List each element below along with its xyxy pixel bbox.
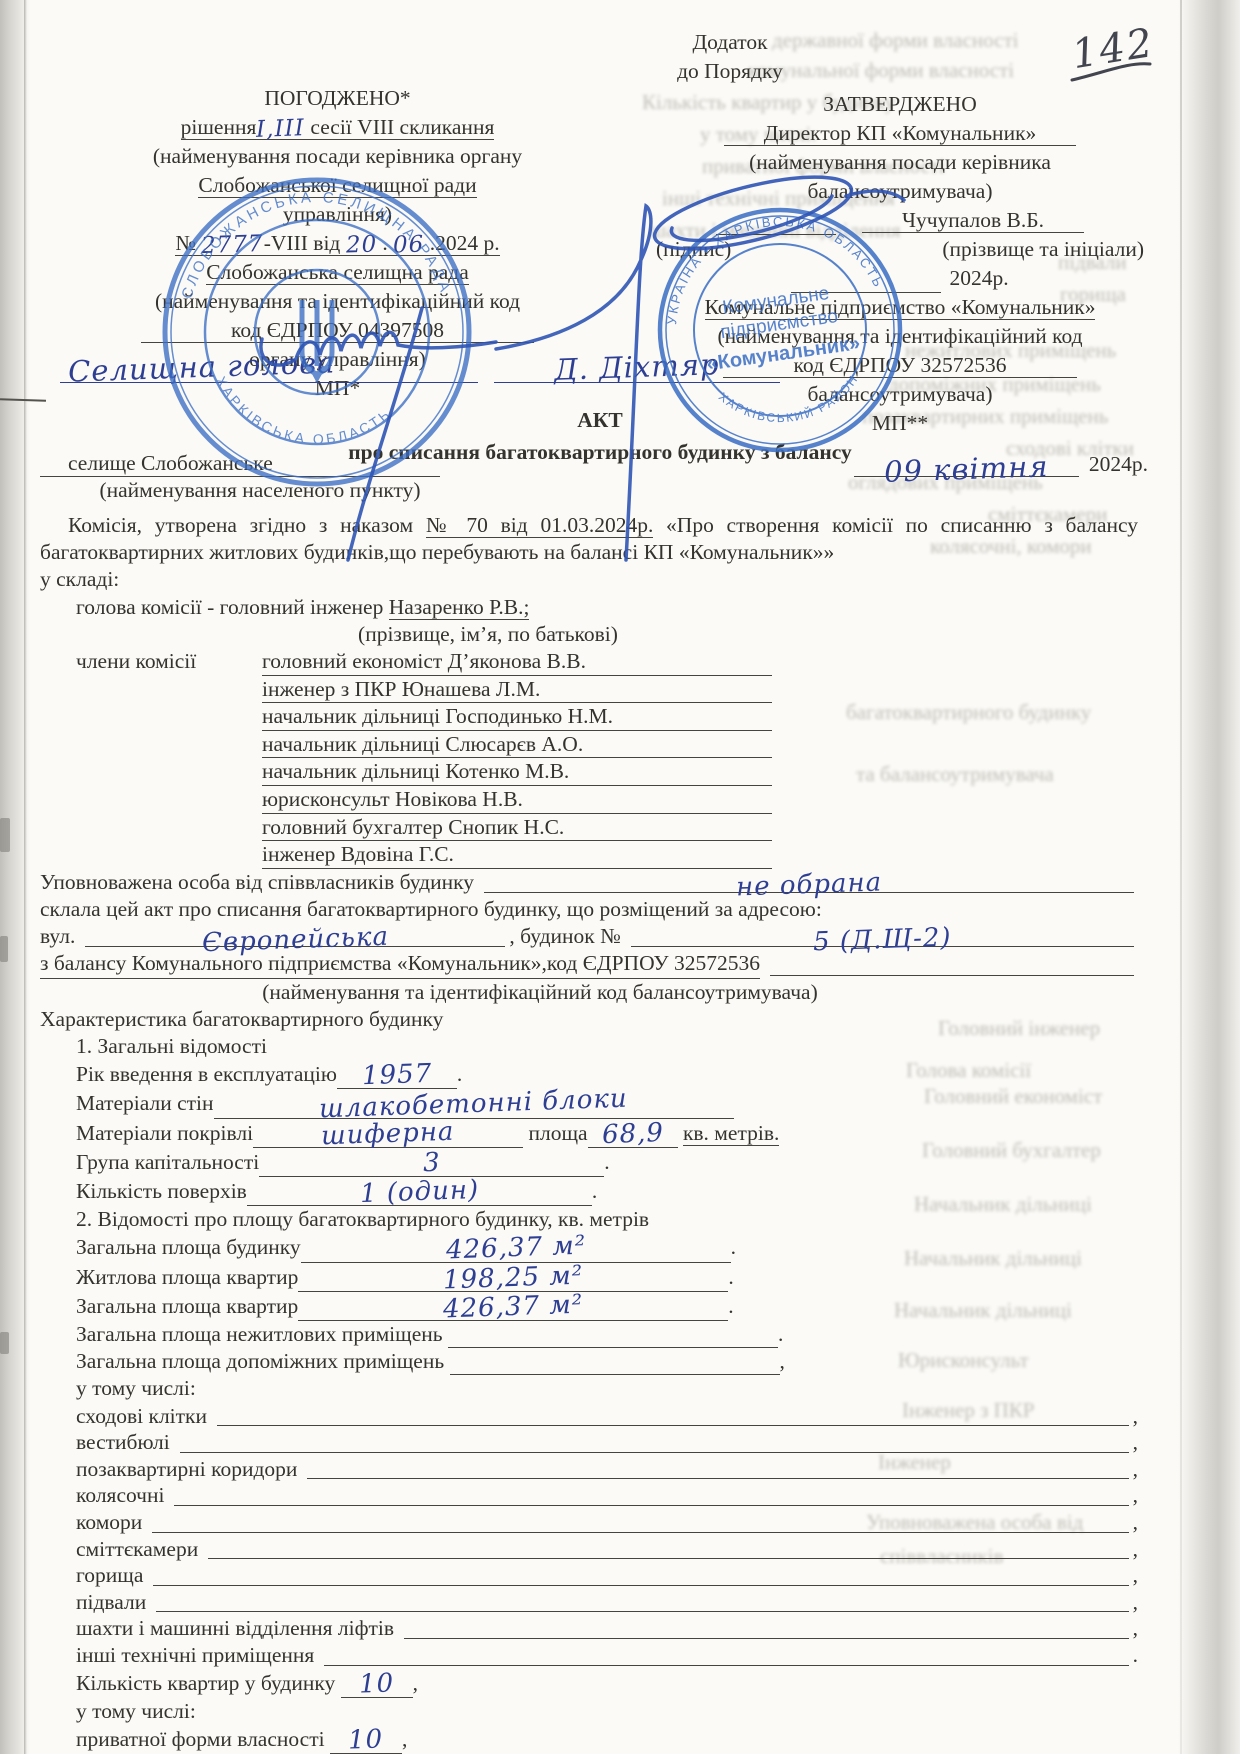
line-terminator: ,: [1133, 1429, 1138, 1456]
year-built-underline: 1957: [337, 1060, 457, 1089]
year-label: .2024 р.: [430, 231, 500, 255]
director-line: Директор КП «Комунальник»: [626, 119, 1174, 148]
edrpou-left-underlined: код ЄДРПОУ 04397508: [141, 318, 534, 343]
commission-paragraph: Комісія, утворена згідно з наказом № 70 …: [40, 512, 1138, 566]
capital-group-label: Група капітальності: [76, 1150, 259, 1174]
day-handwritten: 20: [345, 230, 377, 260]
blank-underline: [208, 1537, 1128, 1560]
scan-smudge: [0, 818, 10, 852]
nonresidential-label: Загальна площа нежитлових приміщень: [76, 1322, 443, 1346]
total-area-label: Загальна площа будинку: [76, 1235, 301, 1259]
blank-line-label: шахти і машинні відділення ліфтів: [76, 1615, 394, 1642]
annex-block: Додаток до Порядку: [598, 28, 862, 86]
blank-underline: [217, 1404, 1129, 1427]
apartments-area-underline: 426,37 м²: [298, 1292, 728, 1321]
commission-members: члени комісії головний економіст Д’яконо…: [40, 648, 1138, 869]
auxiliary-item-line: вестибюлі,: [76, 1429, 1138, 1456]
authorized-label: Уповноважена особа від співвласників буд…: [40, 869, 474, 896]
position-underline: Селищна голова: [60, 348, 478, 383]
apartments-count-label: Кількість квартир у будинку: [76, 1671, 335, 1695]
section1-title: 1. Загальні відомості: [40, 1033, 1138, 1060]
street-label: вул.: [40, 923, 75, 950]
line-terminator: .: [728, 1294, 733, 1318]
living-area-underline: 198,25 м²: [298, 1263, 728, 1292]
line-terminator: .: [604, 1150, 609, 1174]
auxiliary-item-line: підвали,: [76, 1589, 1138, 1616]
living-area-line: Житлова площа квартир198,25 м².: [40, 1263, 1138, 1292]
blank-line-label: комори: [76, 1509, 142, 1536]
composed-line: склала цей акт про списання багатокварти…: [40, 896, 1138, 923]
member-line: інженер з ПКР Юнашева Л.М.: [262, 676, 772, 704]
members-label: члени комісії: [40, 648, 262, 869]
member-line: начальник дільниці Господинько Н.М.: [262, 703, 772, 731]
authorized-person-line: Уповноважена особа від співвласників буд…: [40, 869, 1138, 896]
private-ownership-line: приватної форми власності 10,: [40, 1725, 1138, 1754]
walls-label: Матеріали стін: [76, 1091, 214, 1115]
blank-underline: [153, 1563, 1128, 1586]
number-underlined: № 2777-VIII від 20 . 06 .2024 р.: [175, 231, 499, 256]
blank-underline: [307, 1457, 1128, 1480]
number-label: №: [175, 231, 196, 255]
number-handwritten: 2777: [201, 230, 265, 261]
nonresidential-area-line: Загальна площа нежитлових приміщень .: [40, 1321, 1138, 1348]
date-handwritten: 09 квітня: [884, 449, 1049, 489]
director-underlined: Директор КП «Комунальник»: [724, 121, 1077, 146]
decision-line: рішенняІ,ІІІ сесії VIII скликання: [55, 113, 620, 142]
head-label: голова комісії - головний інженер: [76, 595, 389, 619]
annex-line-2: до Порядку: [598, 57, 862, 86]
director-name-line: Чучупалов В.Б.: [626, 206, 1174, 235]
act-date: 09 квітня 2024р.: [854, 450, 1148, 477]
section2-title: 2. Відомості про площу багатоквартирного…: [40, 1206, 1138, 1233]
auxiliary-item-line: колясочні,: [76, 1482, 1138, 1509]
organ-caption-1: (найменування посади керівника органу: [55, 142, 620, 171]
number-suffix: -VIII від: [264, 231, 341, 255]
member-line: інженер Вдовіна Г.С.: [262, 841, 772, 869]
blank-line-label: сходові клітки: [76, 1403, 207, 1430]
council-underlined: Слобожанська селищна рада: [206, 260, 469, 285]
blank-line-label: вестибюлі: [76, 1429, 170, 1456]
member-line: головний бухгалтер Снопик Н.С.: [262, 814, 772, 842]
enterprise-line: Комунальне підприємство «Комунальник»: [626, 293, 1174, 322]
blank-line-label: інші технічні приміщення: [76, 1642, 314, 1669]
paragraph-pre: Комісія, утворена згідно з наказом: [68, 513, 426, 537]
auxiliary-item-line: позаквартирні коридори,: [76, 1456, 1138, 1483]
year-line: 2024р.: [626, 264, 1174, 293]
director-name-underlined: Чучупалов В.Б.: [862, 208, 1084, 233]
council-name-underlined: Слобожанської селищної ради: [198, 173, 476, 198]
line-terminator: ,: [1133, 1403, 1138, 1430]
scanned-document-page: державної форми власностікомунальної фор…: [0, 0, 1240, 1754]
year-built-label: Рік введення в експлуатацію: [76, 1062, 337, 1086]
line-terminator: .: [592, 1179, 597, 1203]
address-line: вул.Європейська, будинок №5 (Д.Щ-2): [40, 923, 1138, 950]
capital-group-underline: 3: [259, 1148, 604, 1177]
floors-line: Кількість поверхів1 (один).: [40, 1177, 1138, 1206]
line-terminator: ,: [1133, 1615, 1138, 1642]
settlement-name-underlined: селище Слобожанське: [40, 451, 440, 477]
line-terminator: ,: [1133, 1482, 1138, 1509]
year-text: 2024р.: [949, 266, 1008, 290]
year-built-handwritten: 1957: [361, 1061, 432, 1091]
line-terminator: .: [778, 1322, 783, 1346]
enterprise-underlined: Комунальне підприємство «Комунальник»: [705, 295, 1096, 320]
balance-edrpou-underlined: код ЄДРПОУ 32572536: [547, 950, 760, 978]
date-separator: .: [382, 231, 387, 255]
settlement-row: селище Слобожанське 09 квітня 2024р.: [40, 450, 1148, 477]
act-body: Комісія, утворена згідно з наказом № 70 …: [40, 512, 1138, 1754]
approved-heading: ЗАТВЕРДЖЕНО: [626, 90, 1174, 119]
edrpou-left-line: код ЄДРПОУ 04397508: [55, 316, 620, 345]
auxiliary-item-line: інші технічні приміщення.: [76, 1642, 1138, 1669]
building-underline: 5 (Д.Щ-2): [631, 925, 1134, 948]
apartments-area-handwritten: 426,37 м²: [443, 1291, 584, 1323]
capital-group-line: Група капітальності3.: [40, 1148, 1138, 1177]
composition-label: у складі:: [40, 566, 1138, 593]
floors-label: Кількість поверхів: [76, 1179, 247, 1203]
members-list: головний економіст Д’яконова В.В.інженер…: [262, 648, 772, 869]
scan-right-edge: [1178, 0, 1240, 1754]
edrpou-right-underlined: код ЄДРПОУ 32572536: [723, 353, 1076, 378]
auxiliary-label: Загальна площа допоміжних приміщень: [76, 1349, 444, 1373]
line-terminator: .: [728, 1265, 733, 1289]
line-terminator: ,: [413, 1671, 418, 1695]
commission-head-line: голова комісії - головний інженер Назаре…: [40, 594, 1138, 621]
floors-underline: 1 (один): [247, 1177, 592, 1206]
private-ownership-handwritten: 10: [348, 1726, 384, 1754]
auxiliary-item-line: сміттєкамери,: [76, 1536, 1138, 1563]
blank-line-label: колясочні: [76, 1482, 164, 1509]
approval-block-right: ЗАТВЕРДЖЕНО Директор КП «Комунальник» (н…: [626, 90, 1174, 438]
private-ownership-underline: 10: [330, 1725, 402, 1754]
organ-caption-2: управління): [55, 200, 620, 229]
roof-units-underlined: кв. метрів.: [683, 1121, 779, 1146]
auxiliary-area-line: Загальна площа допоміжних приміщень ,: [40, 1348, 1138, 1375]
full-name-caption: (прізвище, ім’я, по батькові): [298, 621, 678, 648]
line-terminator: ,: [1133, 1562, 1138, 1589]
blank-underline: [324, 1643, 1128, 1666]
blank-underline: [174, 1483, 1128, 1506]
blank-line-label: позаквартирні коридори: [76, 1456, 297, 1483]
floors-handwritten: 1 (один): [359, 1177, 479, 1208]
auxiliary-item-line: шахти і машинні відділення ліфтів,: [76, 1615, 1138, 1642]
initials-caption: (прізвище та ініціали): [942, 235, 1144, 264]
walls-line: Матеріали стіншлакобетонні блоки: [40, 1089, 1138, 1118]
year-blank: [791, 270, 941, 293]
decision-pre: рішення: [181, 115, 257, 139]
line-terminator: ,: [1133, 1536, 1138, 1563]
roof-area-underline: 68,9: [588, 1119, 678, 1148]
including-label: у тому числі:: [40, 1375, 1138, 1402]
id-caption-left: (найменування та ідентифікаційний код: [55, 287, 620, 316]
decision-post: сесії VIII скликання: [305, 115, 494, 139]
date-year: 2024р.: [1089, 452, 1148, 477]
council-name-genitive: Слобожанської селищної ради: [55, 171, 620, 200]
roof-label: Матеріали покрівлі: [76, 1121, 253, 1145]
month-handwritten: 06: [393, 230, 425, 260]
roof-area-label: площа: [528, 1121, 587, 1145]
blank-underline: [180, 1430, 1129, 1453]
date-underline: 09 квітня: [854, 450, 1079, 477]
apartments-area-label: Загальна площа квартир: [76, 1294, 298, 1318]
id-caption-right: (найменування та ідентифікаційний код: [626, 322, 1174, 351]
head-name-underlined: Назаренко Р.В.;: [389, 595, 530, 620]
decision-underlined: рішенняІ,ІІІ сесії VIII скликання: [181, 115, 495, 140]
line-terminator: ,: [1133, 1456, 1138, 1483]
member-line: юрисконсульт Новікова Н.В.: [262, 786, 772, 814]
approval-heading: ПОГОДЖЕНО*: [55, 84, 620, 113]
line-terminator: .: [1133, 1642, 1138, 1669]
living-area-label: Житлова площа квартир: [76, 1265, 298, 1289]
line-terminator: .: [457, 1062, 462, 1086]
authorized-handwritten: не обрана: [736, 870, 883, 902]
roof-handwritten: шиферна: [321, 1118, 455, 1150]
blank-underline: [404, 1616, 1129, 1639]
decision-number-handwritten: І,ІІІ: [256, 114, 306, 145]
line-terminator: ,: [1133, 1509, 1138, 1536]
capital-group-handwritten: 3: [423, 1149, 441, 1177]
scan-smudge: [0, 1332, 9, 1354]
edrpou-right-line: код ЄДРПОУ 32572536: [626, 351, 1174, 380]
characteristics-heading: Характеристика багатоквартирного будинку: [40, 1006, 1138, 1033]
line-terminator: ,: [402, 1727, 407, 1751]
member-line: головний економіст Д’яконова В.В.: [262, 648, 772, 676]
roof-area-handwritten: 68,9: [601, 1120, 664, 1149]
line-terminator: .: [731, 1235, 736, 1259]
auxiliary-item-line: горища,: [76, 1562, 1138, 1589]
auxiliary-items-list: сходові клітки,вестибюлі,позаквартирні к…: [40, 1403, 1138, 1669]
auxiliary-item-line: сходові клітки,: [76, 1403, 1138, 1430]
street-underline: Європейська: [85, 925, 505, 948]
street-handwritten: Європейська: [201, 924, 389, 958]
blank-line-label: сміттєкамери: [76, 1536, 198, 1563]
scan-left-crease: [24, 0, 27, 1754]
apartments-count-line: Кількість квартир у будинку 10,: [40, 1669, 1138, 1698]
roof-line: Матеріали покрівлішиферна площа68,9 кв. …: [40, 1119, 1138, 1148]
signature-caption-row: (підпис)(прізвище та ініціали): [626, 235, 1174, 264]
settlement-caption: (найменування населеного пункту): [40, 478, 480, 503]
total-area-underline: 426,37 м²: [301, 1233, 731, 1262]
settlement-block: селище Слобожанське 09 квітня 2024р. (на…: [40, 450, 1148, 503]
line-terminator: ,: [780, 1349, 785, 1373]
blank-underline: [152, 1510, 1128, 1533]
line-terminator: ,: [1133, 1589, 1138, 1616]
auxiliary-underline: [450, 1353, 780, 1376]
handwritten-page-number: 142: [1069, 20, 1158, 78]
apartments-count-handwritten: 10: [359, 1670, 395, 1698]
blank-line-label: горища: [76, 1562, 143, 1589]
council-name: Слобожанська селищна рада: [55, 258, 620, 287]
apartments-area-line: Загальна площа квартир426,37 м².: [40, 1292, 1138, 1321]
total-area-line: Загальна площа будинку426,37 м².: [40, 1233, 1138, 1262]
nonresidential-underline: [448, 1326, 778, 1349]
member-line: начальник дільниці Котенко М.В.: [262, 758, 772, 786]
signature-caption: (підпис): [656, 235, 731, 264]
title-act: АКТ: [70, 404, 1130, 436]
scan-right-crease: [1180, 0, 1182, 1754]
blank-underline: [156, 1590, 1128, 1613]
blank-line-label: підвали: [76, 1589, 146, 1616]
roof-underline: шиферна: [253, 1119, 523, 1148]
annex-line-1: Додаток: [598, 28, 862, 57]
scan-smudge: [0, 936, 8, 962]
walls-underline: шлакобетонні блоки: [214, 1089, 734, 1118]
building-label: , будинок №: [509, 923, 620, 950]
building-handwritten: 5 (Д.Щ-2): [813, 924, 952, 956]
holder-caption-1: (найменування посади керівника: [626, 148, 1174, 177]
decision-number-line: № 2777-VIII від 20 . 06 .2024 р.: [55, 229, 620, 258]
authorized-underline: не обрана: [484, 870, 1134, 893]
private-ownership-label: приватної форми власності: [76, 1727, 325, 1751]
signature-blank: [716, 212, 836, 235]
apartments-count-underline: 10: [341, 1669, 413, 1698]
member-line: начальник дільниці Слюсарєв А.О.: [262, 731, 772, 759]
position-handwritten: Селищна голова: [68, 345, 336, 388]
auxiliary-item-line: комори,: [76, 1509, 1138, 1536]
including2-label: у тому числі:: [40, 1698, 1138, 1725]
balance-caption: (найменування та ідентифікаційний код ба…: [40, 979, 1040, 1006]
order-reference-underlined: № 70 від 01.03.2024р.: [426, 513, 653, 538]
holder-caption-2: балансоутримувача): [626, 177, 1174, 206]
